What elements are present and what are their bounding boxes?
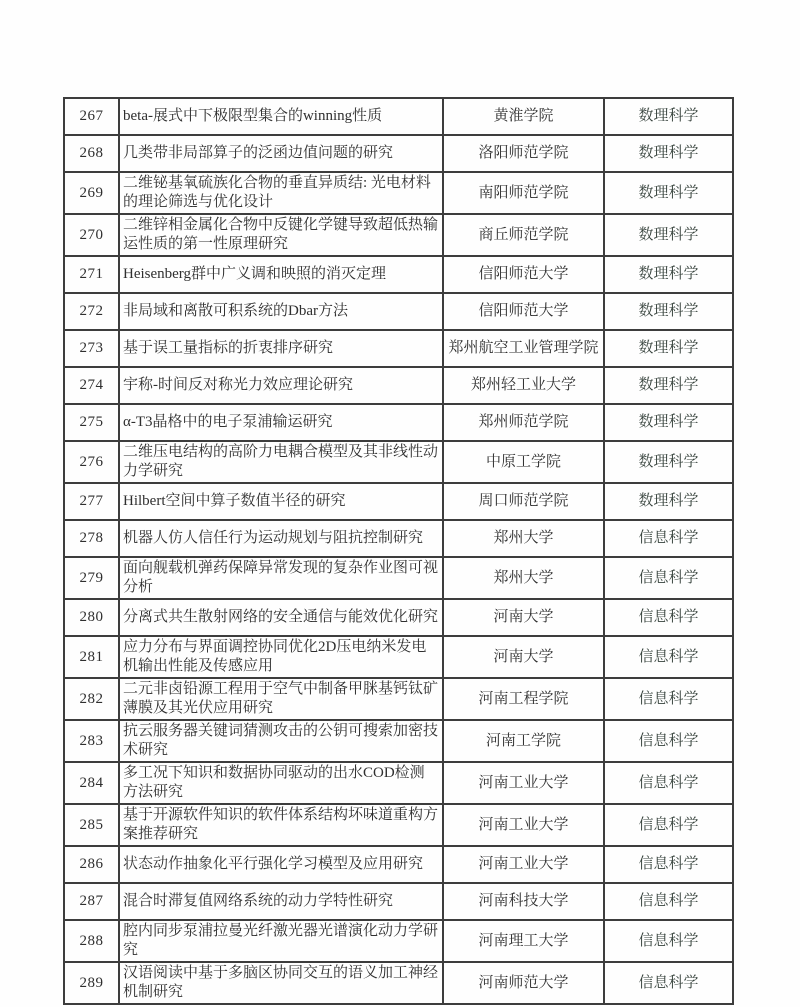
row-number-cell: 281 (64, 636, 119, 678)
institution-cell: 河南工学院 (443, 720, 604, 762)
project-title-cell: 基于开源软件知识的软件体系结构坏味道重构方案推荐研究 (119, 804, 443, 846)
institution-cell: 郑州大学 (443, 520, 604, 557)
table-row: 269 二维铋基氧硫族化合物的垂直异质结: 光电材料的理论筛选与优化设计 南阳师… (64, 172, 733, 214)
table-row: 282 二元非卤铅源工程用于空气中制备甲脒基钙钛矿薄膜及其光伏应用研究 河南工程… (64, 678, 733, 720)
table-row: 271 Heisenberg群中广义调和映照的消灭定理 信阳师范大学 数理科学 (64, 256, 733, 293)
institution-cell: 河南工程学院 (443, 678, 604, 720)
category-cell: 信息科学 (604, 846, 733, 883)
category-cell: 信息科学 (604, 920, 733, 962)
category-cell: 数理科学 (604, 293, 733, 330)
row-number-cell: 275 (64, 404, 119, 441)
table-row: 278 机器人仿人信任行为运动规划与阻抗控制研究 郑州大学 信息科学 (64, 520, 733, 557)
row-number-cell: 270 (64, 214, 119, 256)
category-cell: 信息科学 (604, 678, 733, 720)
category-cell: 数理科学 (604, 172, 733, 214)
institution-cell: 南阳师范学院 (443, 172, 604, 214)
project-title-cell: 腔内同步泵浦拉曼光纤激光器光谱演化动力学研究 (119, 920, 443, 962)
table-row: 289 汉语阅读中基于多脑区协同交互的语义加工神经机制研究 河南师范大学 信息科… (64, 962, 733, 1004)
institution-cell: 河南科技大学 (443, 883, 604, 920)
table-row: 280 分离式共生散射网络的安全通信与能效优化研究 河南大学 信息科学 (64, 599, 733, 636)
row-number-cell: 286 (64, 846, 119, 883)
institution-cell: 商丘师范学院 (443, 214, 604, 256)
table-row: 285 基于开源软件知识的软件体系结构坏味道重构方案推荐研究 河南工业大学 信息… (64, 804, 733, 846)
table-row: 286 状态动作抽象化平行强化学习模型及应用研究 河南工业大学 信息科学 (64, 846, 733, 883)
table-row: 283 抗云服务器关键词猜测攻击的公钥可搜索加密技术研究 河南工学院 信息科学 (64, 720, 733, 762)
table-row: 276 二维压电结构的高阶力电耦合模型及其非线性动力学研究 中原工学院 数理科学 (64, 441, 733, 483)
category-cell: 信息科学 (604, 804, 733, 846)
row-number-cell: 278 (64, 520, 119, 557)
row-number-cell: 287 (64, 883, 119, 920)
institution-cell: 信阳师范大学 (443, 293, 604, 330)
institution-cell: 郑州大学 (443, 557, 604, 599)
project-title-cell: Hilbert空间中算子数值半径的研究 (119, 483, 443, 520)
category-cell: 信息科学 (604, 557, 733, 599)
table-row: 287 混合时滞复值网络系统的动力学特性研究 河南科技大学 信息科学 (64, 883, 733, 920)
row-number-cell: 272 (64, 293, 119, 330)
category-cell: 数理科学 (604, 367, 733, 404)
project-title-cell: 二元非卤铅源工程用于空气中制备甲脒基钙钛矿薄膜及其光伏应用研究 (119, 678, 443, 720)
row-number-cell: 288 (64, 920, 119, 962)
row-number-cell: 273 (64, 330, 119, 367)
table-row: 281 应力分布与界面调控协同优化2D压电纳米发电机输出性能及传感应用 河南大学… (64, 636, 733, 678)
row-number-cell: 280 (64, 599, 119, 636)
project-title-cell: 状态动作抽象化平行强化学习模型及应用研究 (119, 846, 443, 883)
row-number-cell: 279 (64, 557, 119, 599)
category-cell: 数理科学 (604, 214, 733, 256)
table-row: 273 基于误工量指标的折衷排序研究 郑州航空工业管理学院 数理科学 (64, 330, 733, 367)
category-cell: 信息科学 (604, 762, 733, 804)
project-title-cell: 二维压电结构的高阶力电耦合模型及其非线性动力学研究 (119, 441, 443, 483)
table-row: 288 腔内同步泵浦拉曼光纤激光器光谱演化动力学研究 河南理工大学 信息科学 (64, 920, 733, 962)
category-cell: 信息科学 (604, 720, 733, 762)
category-cell: 信息科学 (604, 636, 733, 678)
table-row: 275 α-T3晶格中的电子泵浦输运研究 郑州师范学院 数理科学 (64, 404, 733, 441)
category-cell: 信息科学 (604, 520, 733, 557)
scanned-document-page: 267 beta-展式中下极限型集合的winning性质 黄淮学院 数理科学 2… (0, 0, 800, 1007)
institution-cell: 信阳师范大学 (443, 256, 604, 293)
row-number-cell: 285 (64, 804, 119, 846)
table-row: 279 面向舰载机弹药保障异常发现的复杂作业图可视分析 郑州大学 信息科学 (64, 557, 733, 599)
table-row: 268 几类带非局部算子的泛函边值问题的研究 洛阳师范学院 数理科学 (64, 135, 733, 172)
row-number-cell: 282 (64, 678, 119, 720)
table-row: 270 二维锌相金属化合物中反键化学键导致超低热输运性质的第一性原理研究 商丘师… (64, 214, 733, 256)
institution-cell: 河南工业大学 (443, 804, 604, 846)
row-number-cell: 277 (64, 483, 119, 520)
category-cell: 数理科学 (604, 135, 733, 172)
project-table-body: 267 beta-展式中下极限型集合的winning性质 黄淮学院 数理科学 2… (64, 98, 733, 1004)
table-row: 272 非局域和离散可积系统的Dbar方法 信阳师范大学 数理科学 (64, 293, 733, 330)
institution-cell: 黄淮学院 (443, 98, 604, 135)
row-number-cell: 269 (64, 172, 119, 214)
category-cell: 信息科学 (604, 962, 733, 1004)
row-number-cell: 276 (64, 441, 119, 483)
institution-cell: 郑州师范学院 (443, 404, 604, 441)
institution-cell: 河南理工大学 (443, 920, 604, 962)
institution-cell: 郑州航空工业管理学院 (443, 330, 604, 367)
project-title-cell: 几类带非局部算子的泛函边值问题的研究 (119, 135, 443, 172)
category-cell: 信息科学 (604, 599, 733, 636)
project-title-cell: 多工况下知识和数据协同驱动的出水COD检测方法研究 (119, 762, 443, 804)
project-list-table: 267 beta-展式中下极限型集合的winning性质 黄淮学院 数理科学 2… (63, 97, 734, 1005)
project-title-cell: 非局域和离散可积系统的Dbar方法 (119, 293, 443, 330)
table-row: 267 beta-展式中下极限型集合的winning性质 黄淮学院 数理科学 (64, 98, 733, 135)
project-title-cell: 分离式共生散射网络的安全通信与能效优化研究 (119, 599, 443, 636)
project-title-cell: 宇称-时间反对称光力效应理论研究 (119, 367, 443, 404)
project-title-cell: 应力分布与界面调控协同优化2D压电纳米发电机输出性能及传感应用 (119, 636, 443, 678)
row-number-cell: 268 (64, 135, 119, 172)
project-title-cell: beta-展式中下极限型集合的winning性质 (119, 98, 443, 135)
table-row: 277 Hilbert空间中算子数值半径的研究 周口师范学院 数理科学 (64, 483, 733, 520)
category-cell: 信息科学 (604, 883, 733, 920)
row-number-cell: 284 (64, 762, 119, 804)
institution-cell: 河南工业大学 (443, 762, 604, 804)
row-number-cell: 289 (64, 962, 119, 1004)
project-title-cell: 二维锌相金属化合物中反键化学键导致超低热输运性质的第一性原理研究 (119, 214, 443, 256)
project-title-cell: α-T3晶格中的电子泵浦输运研究 (119, 404, 443, 441)
row-number-cell: 283 (64, 720, 119, 762)
row-number-cell: 267 (64, 98, 119, 135)
category-cell: 数理科学 (604, 483, 733, 520)
row-number-cell: 271 (64, 256, 119, 293)
category-cell: 数理科学 (604, 330, 733, 367)
row-number-cell: 274 (64, 367, 119, 404)
project-title-cell: 二维铋基氧硫族化合物的垂直异质结: 光电材料的理论筛选与优化设计 (119, 172, 443, 214)
institution-cell: 郑州轻工业大学 (443, 367, 604, 404)
table-row: 274 宇称-时间反对称光力效应理论研究 郑州轻工业大学 数理科学 (64, 367, 733, 404)
institution-cell: 河南大学 (443, 599, 604, 636)
category-cell: 数理科学 (604, 98, 733, 135)
institution-cell: 河南师范大学 (443, 962, 604, 1004)
institution-cell: 河南工业大学 (443, 846, 604, 883)
institution-cell: 周口师范学院 (443, 483, 604, 520)
project-title-cell: 机器人仿人信任行为运动规划与阻抗控制研究 (119, 520, 443, 557)
category-cell: 数理科学 (604, 404, 733, 441)
institution-cell: 中原工学院 (443, 441, 604, 483)
category-cell: 数理科学 (604, 441, 733, 483)
project-title-cell: 混合时滞复值网络系统的动力学特性研究 (119, 883, 443, 920)
category-cell: 数理科学 (604, 256, 733, 293)
project-title-cell: Heisenberg群中广义调和映照的消灭定理 (119, 256, 443, 293)
project-title-cell: 面向舰载机弹药保障异常发现的复杂作业图可视分析 (119, 557, 443, 599)
institution-cell: 洛阳师范学院 (443, 135, 604, 172)
project-title-cell: 抗云服务器关键词猜测攻击的公钥可搜索加密技术研究 (119, 720, 443, 762)
project-title-cell: 基于误工量指标的折衷排序研究 (119, 330, 443, 367)
institution-cell: 河南大学 (443, 636, 604, 678)
table-row: 284 多工况下知识和数据协同驱动的出水COD检测方法研究 河南工业大学 信息科… (64, 762, 733, 804)
project-title-cell: 汉语阅读中基于多脑区协同交互的语义加工神经机制研究 (119, 962, 443, 1004)
